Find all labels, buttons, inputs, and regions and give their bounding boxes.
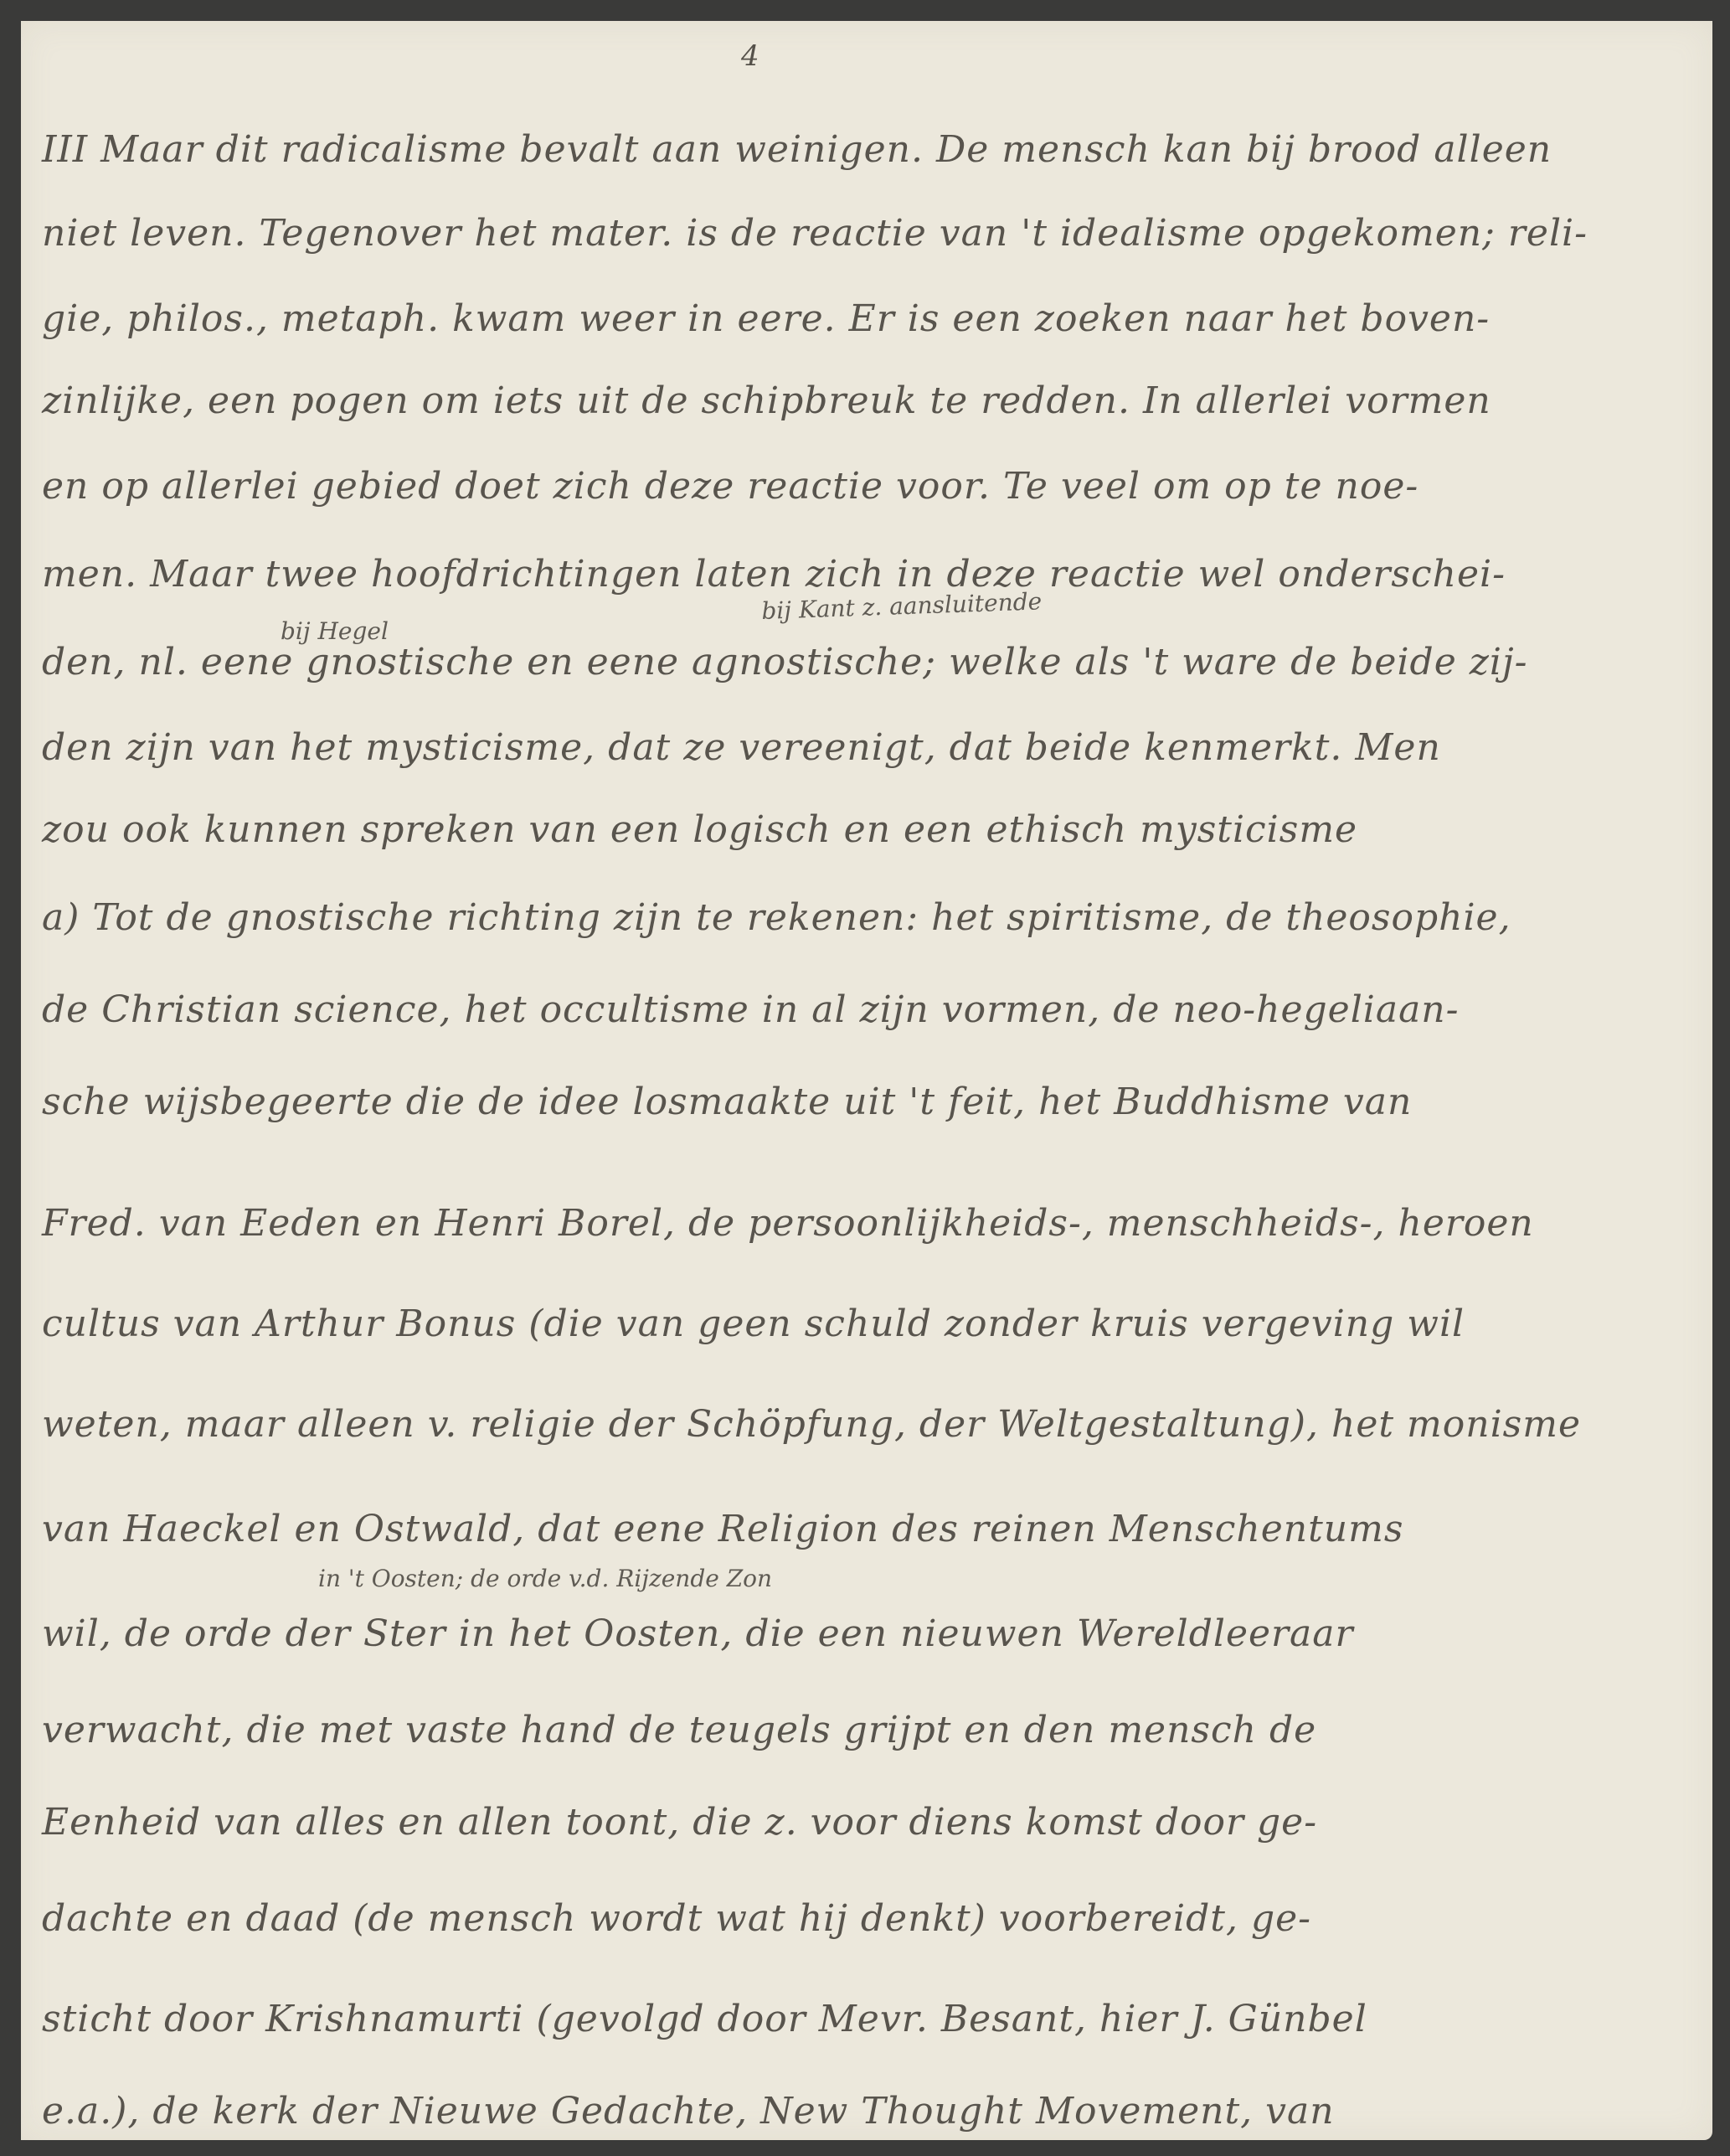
text-line-1: III Maar dit radicalisme bevalt aan wein… — [42, 128, 1552, 171]
text-line-22: e.a.), de kerk der Nieuwe Gedachte, New … — [42, 2090, 1335, 2133]
text-line-8: den zijn van het mysticisme, dat ze vere… — [42, 726, 1441, 769]
text-line-17: wil, de orde der Ster in het Oosten, die… — [42, 1612, 1354, 1655]
text-line-14: cultus van Arthur Bonus (die van geen sc… — [42, 1302, 1465, 1345]
text-line-15: weten, maar alleen v. religie der Schöpf… — [42, 1403, 1581, 1446]
interlinear-note-rijzende-zon: in 't Oosten; de orde v.d. Rijzende Zon — [318, 1565, 772, 1592]
text-line-5: en op allerlei gebied doet zich deze rea… — [42, 465, 1418, 508]
text-line-12: sche wijsbegeerte die de idee losmaakte … — [42, 1081, 1412, 1123]
manuscript-page: 4 III Maar dit radicalisme bevalt aan we… — [21, 21, 1712, 2140]
text-line-7: den, nl. eene gnostische en eene agnosti… — [42, 641, 1528, 683]
text-line-18: verwacht, die met vaste hand de teugels … — [42, 1709, 1316, 1751]
text-line-16: van Haeckel en Ostwald, dat eene Religio… — [42, 1508, 1403, 1550]
text-line-20: dachte en daad (de mensch wordt wat hij … — [42, 1897, 1311, 1940]
text-line-11: de Christian science, het occultisme in … — [42, 988, 1460, 1031]
text-line-2: niet leven. Tegenover het mater. is de r… — [42, 212, 1588, 255]
text-line-4: zinlijke, een pogen om iets uit de schip… — [42, 379, 1491, 422]
text-line-9: zou ook kunnen spreken van een logisch e… — [42, 808, 1357, 851]
page-number: 4 — [741, 39, 759, 73]
text-line-13: Fred. van Eeden en Henri Borel, de perso… — [42, 1202, 1534, 1245]
text-line-19: Eenheid van alles en allen toont, die z.… — [42, 1801, 1317, 1844]
text-line-3: gie, philos., metaph. kwam weer in eere.… — [42, 297, 1490, 340]
text-line-21: sticht door Krishnamurti (gevolgd door M… — [42, 1998, 1367, 2040]
text-line-10: a) Tot de gnostische richting zijn te re… — [42, 896, 1511, 939]
text-line-6: men. Maar twee hoofdrichtingen laten zic… — [42, 553, 1506, 596]
